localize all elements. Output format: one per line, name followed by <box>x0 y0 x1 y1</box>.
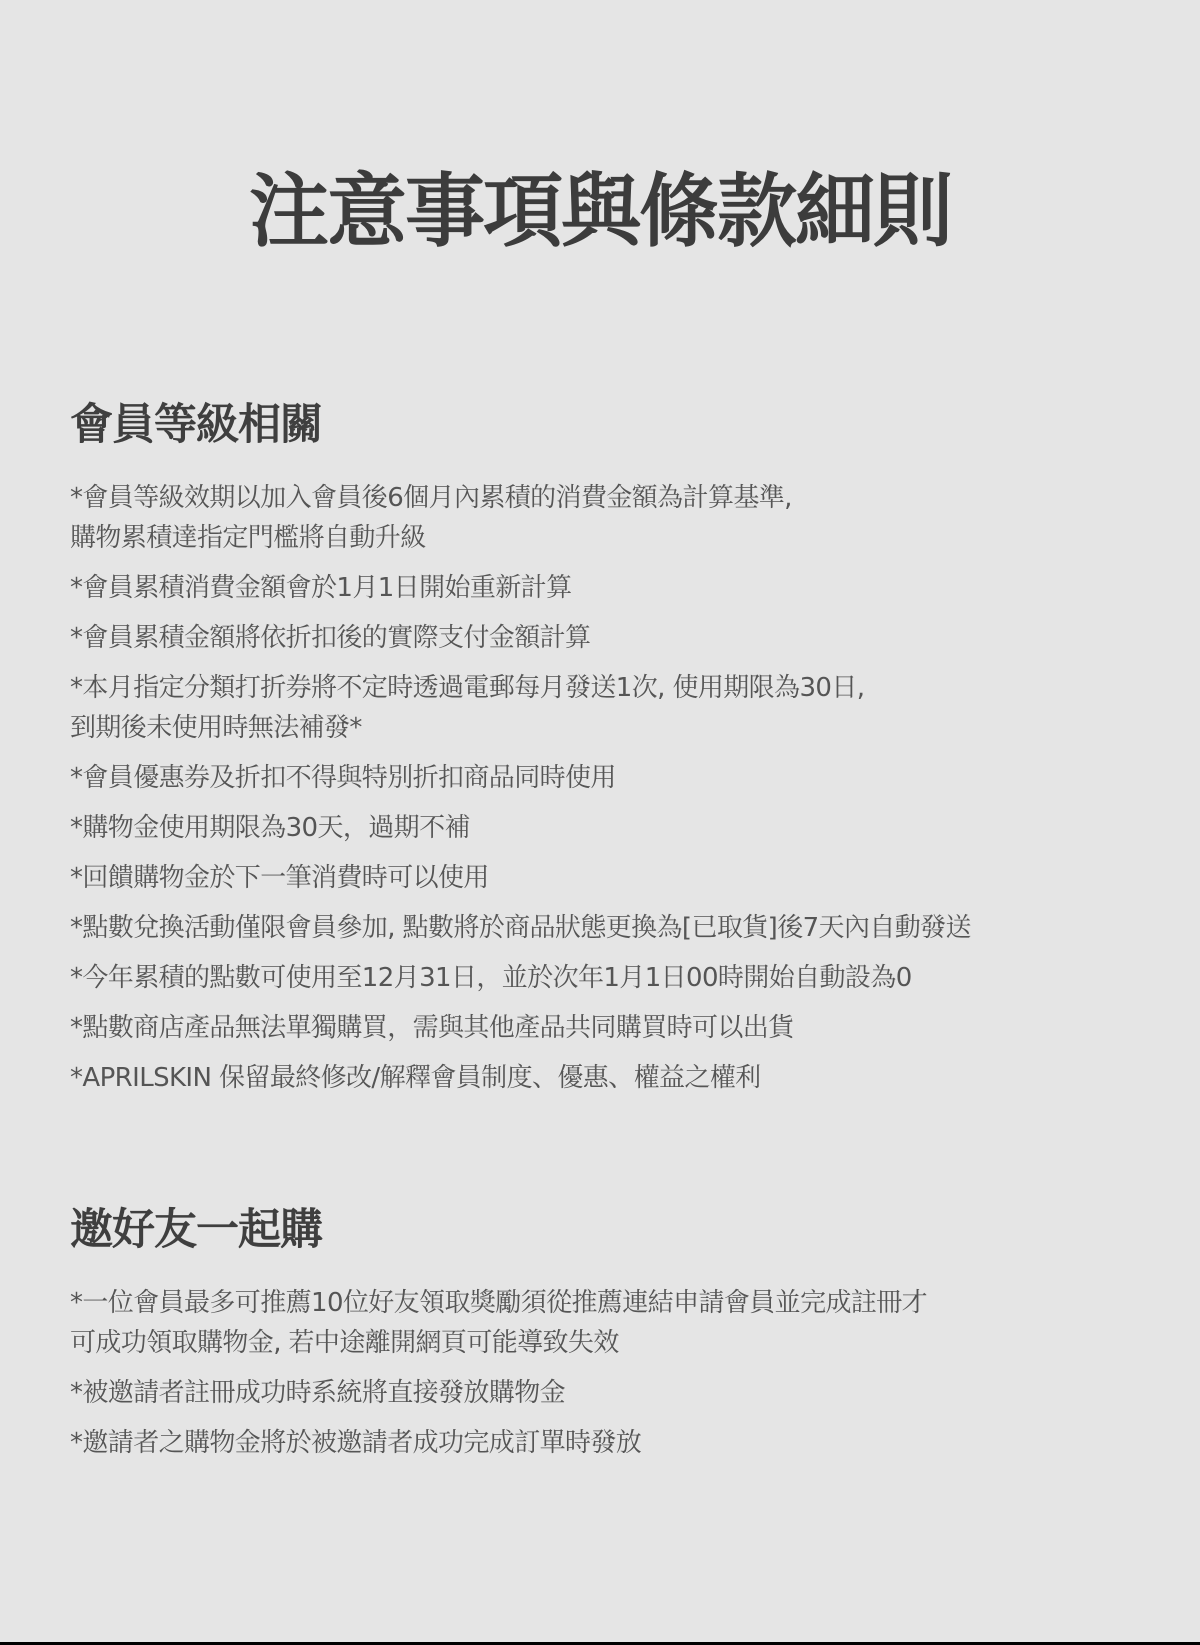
terms-item: *一位會員最多可推薦10位好友領取獎勵須從推薦連結申請會員並完成註冊才 可成功領… <box>70 1283 1150 1363</box>
section-heading-membership: 會員等級相關 <box>70 400 1150 450</box>
terms-item: *會員累積消費金額會於1月1日開始重新計算 <box>70 568 1150 608</box>
membership-terms-list: *會員等級效期以加入會員後6個月內累積的消費金額為計算基準, 購物累積達指定門檻… <box>70 478 1150 1098</box>
page-title: 注意事項與條款細則 <box>0 168 1200 256</box>
terms-page: 注意事項與條款細則 會員等級相關 *會員等級效期以加入會員後6個月內累積的消費金… <box>0 0 1200 1642</box>
terms-item: *會員等級效期以加入會員後6個月內累積的消費金額為計算基準, 購物累積達指定門檻… <box>70 478 1150 558</box>
terms-item: *邀請者之購物金將於被邀請者成功完成訂單時發放 <box>70 1423 1150 1463</box>
terms-item: *點數商店產品無法單獨購買，需與其他產品共同購買時可以出貨 <box>70 1008 1150 1048</box>
referral-section: 邀好友一起購 *一位會員最多可推薦10位好友領取獎勵須從推薦連結申請會員並完成註… <box>70 1205 1150 1473</box>
terms-item: *被邀請者註冊成功時系統將直接發放購物金 <box>70 1373 1150 1413</box>
terms-item: *APRILSKIN 保留最終修改/解釋會員制度、優惠、權益之權利 <box>70 1058 1150 1098</box>
terms-item: *今年累積的點數可使用至12月31日，並於次年1月1日00時開始自動設為0 <box>70 958 1150 998</box>
referral-terms-list: *一位會員最多可推薦10位好友領取獎勵須從推薦連結申請會員並完成註冊才 可成功領… <box>70 1283 1150 1463</box>
terms-item: *點數兌換活動僅限會員參加, 點數將於商品狀態更換為[已取貨]後7天內自動發送 <box>70 908 1150 948</box>
terms-item: *購物金使用期限為30天，過期不補 <box>70 808 1150 848</box>
terms-item: *會員累積金額將依折扣後的實際支付金額計算 <box>70 618 1150 658</box>
section-heading-referral: 邀好友一起購 <box>70 1205 1150 1255</box>
terms-item: *本月指定分類打折券將不定時透過電郵每月發送1次, 使用期限為30日, 到期後未… <box>70 668 1150 748</box>
terms-item: *回饋購物金於下一筆消費時可以使用 <box>70 858 1150 898</box>
membership-tier-section: 會員等級相關 *會員等級效期以加入會員後6個月內累積的消費金額為計算基準, 購物… <box>70 400 1150 1108</box>
terms-item: *會員優惠券及折扣不得與特別折扣商品同時使用 <box>70 758 1150 798</box>
